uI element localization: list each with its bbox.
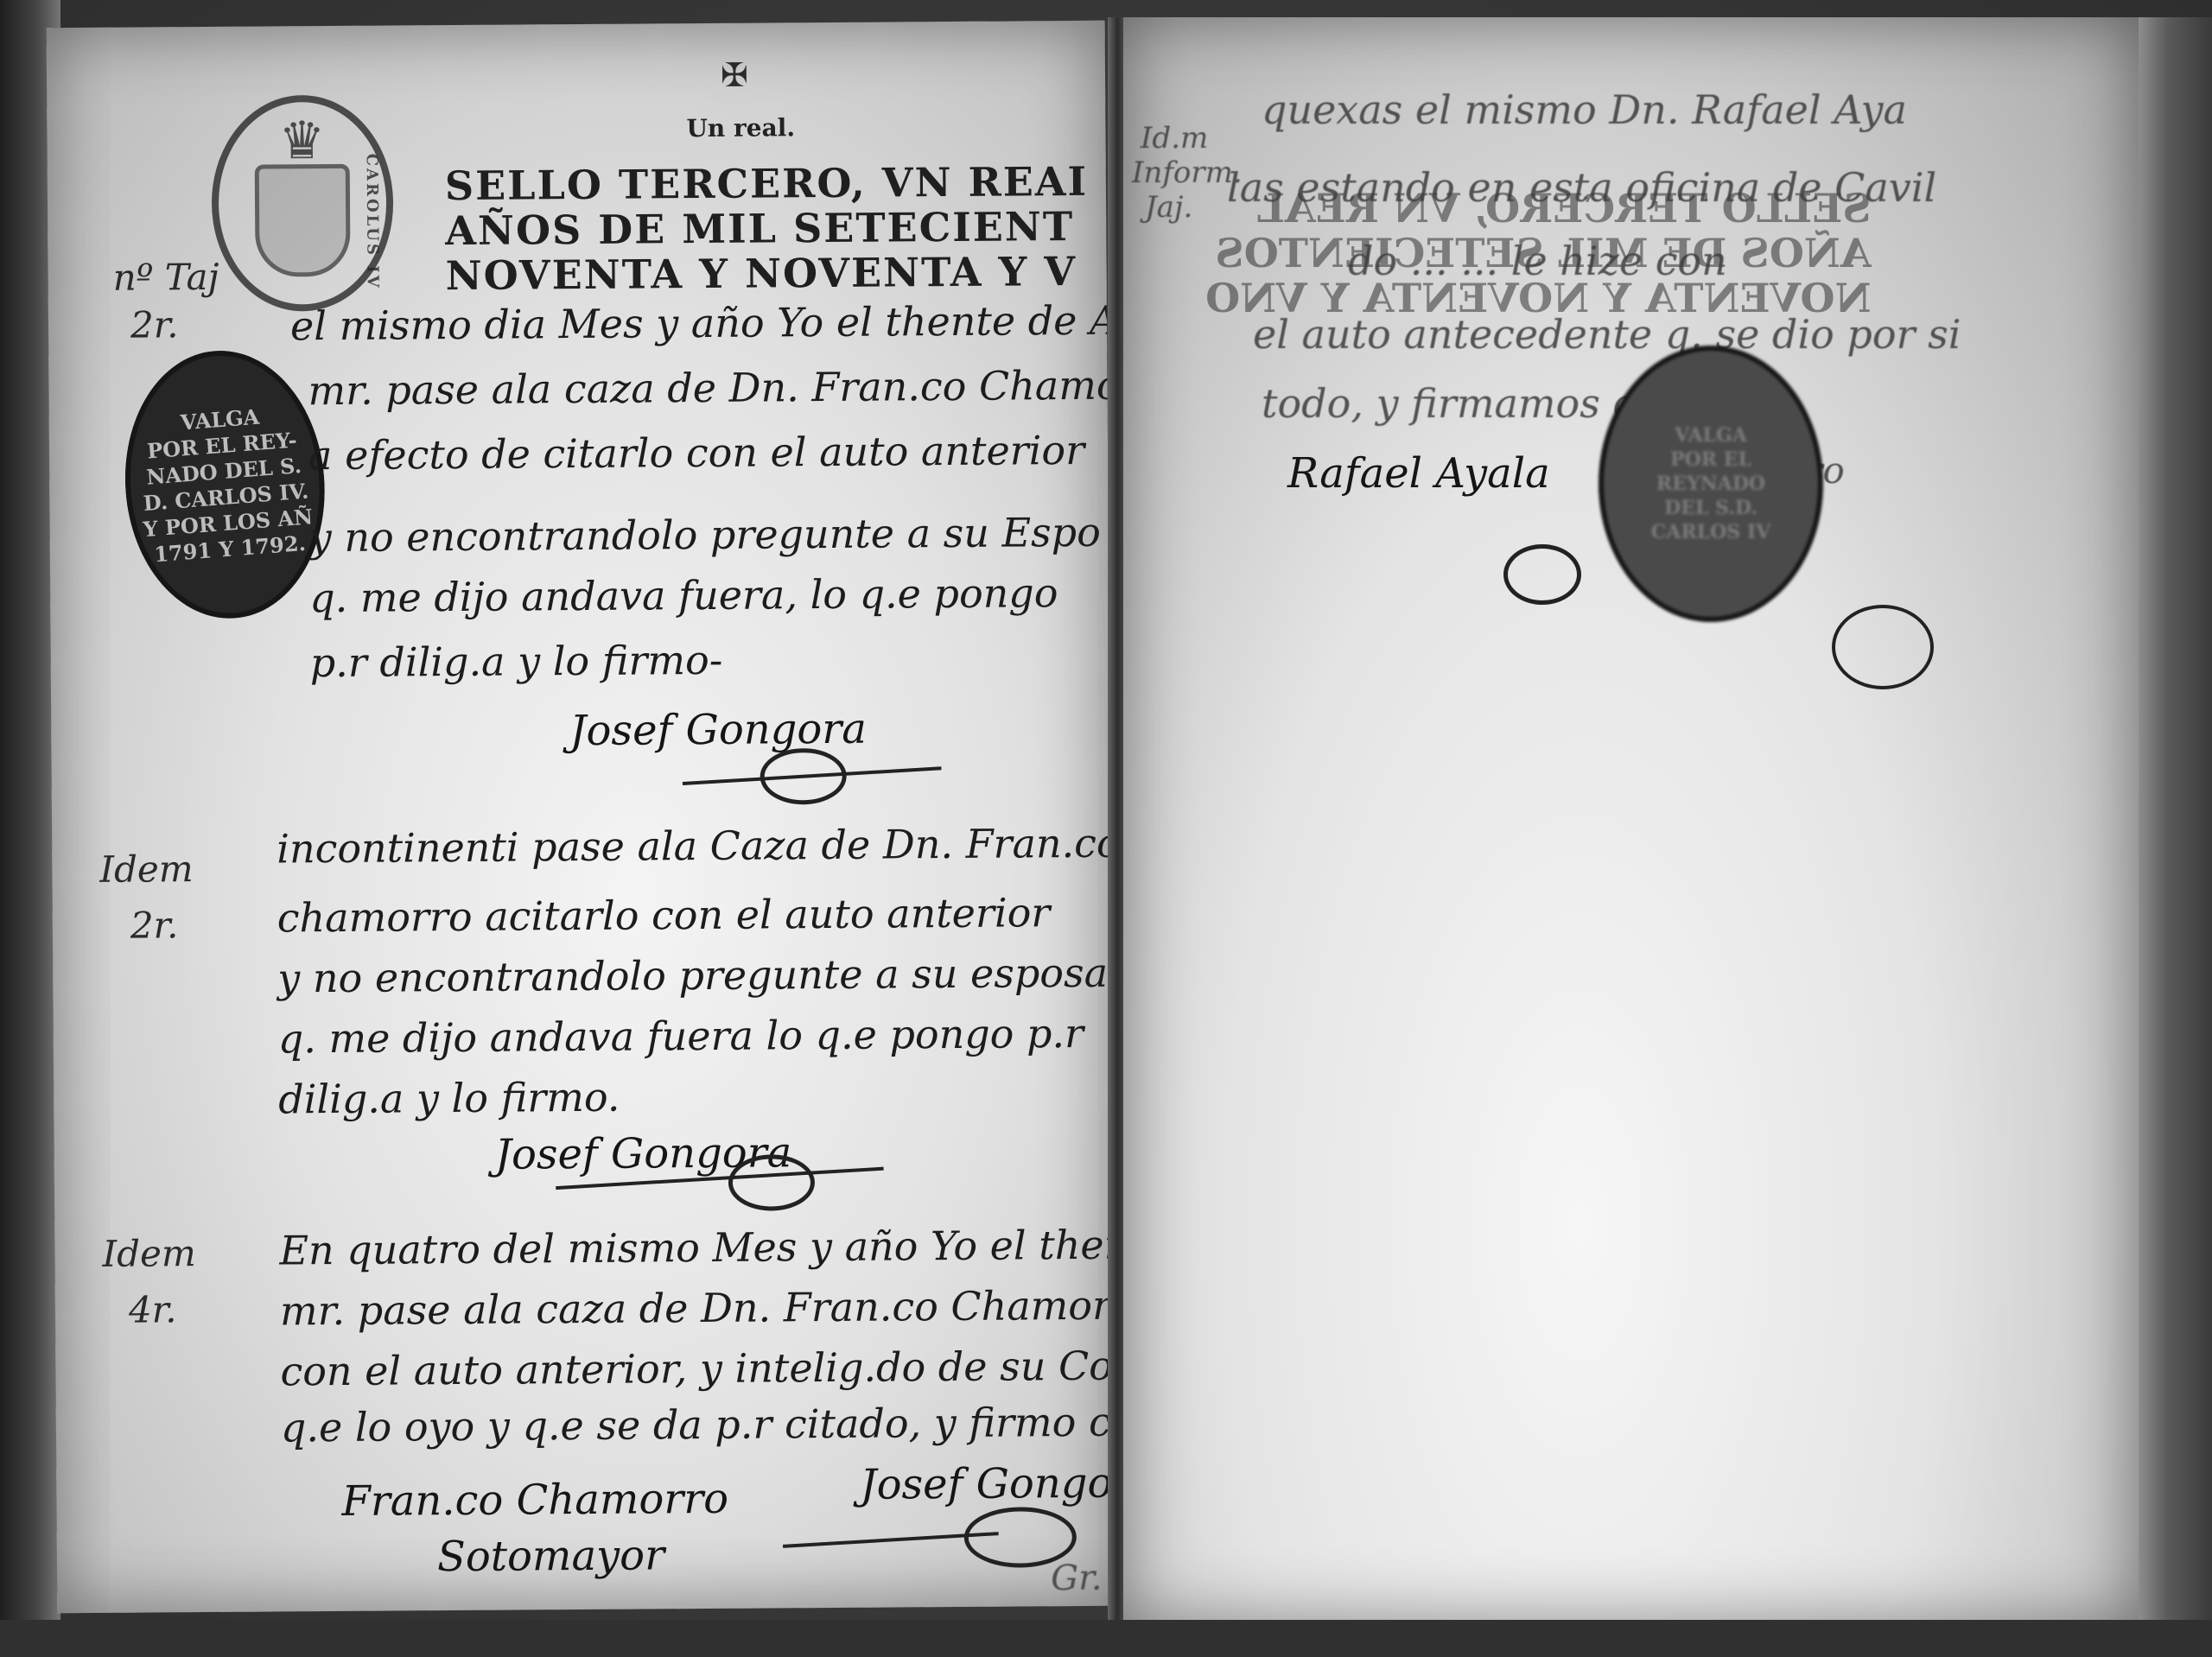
margin-note: 4r.	[129, 1288, 177, 1330]
scan-bottom-border	[0, 1620, 2212, 1657]
signature: Josef Gongora	[860, 1458, 1116, 1508]
signature: Sotomayor	[437, 1531, 664, 1581]
margin-note: Jaj.	[1145, 190, 1192, 225]
right-page: 19 SELLO TERCERO, VN REAL AÑOS DE MIL SE…	[1123, 17, 2139, 1624]
margin-note: nº Taj	[112, 256, 219, 299]
rubric-flourish	[1503, 544, 1581, 605]
header-line: AÑOS DE MIL SETECIENT	[445, 204, 1050, 253]
header-line: SELLO TERCERO, VN REAI	[445, 159, 1050, 208]
stamp-denomination: Un real.	[686, 113, 795, 143]
text-line: En quatro del mismo Mes y año Yo el then…	[279, 1220, 1116, 1273]
text-line: do ... ... le hize con	[1348, 238, 1727, 284]
margin-note: Inform.	[1132, 156, 1243, 190]
margin-note: Idem	[99, 848, 194, 891]
page-stack-edge	[2139, 17, 2212, 1641]
signature: Fran.co Chamorro	[341, 1475, 728, 1526]
stamped-paper-header: SELLO TERCERO, VN REAI AÑOS DE MIL SETEC…	[445, 159, 1051, 298]
text-line: q. me dijo andava fuera lo q.e pongo p.r	[278, 1010, 1084, 1063]
margin-note: 2r.	[130, 904, 179, 946]
rubric-flourish	[1832, 605, 1934, 689]
shield-icon	[255, 164, 351, 277]
stamp-line: DEL S.D.	[1599, 496, 1823, 520]
corner-note: Gr.	[1051, 1559, 1103, 1598]
text-line: mr. pase ala caza de Dn. Fran.co Chamorr…	[308, 361, 1116, 414]
text-line: y no encontrandolo pregunte a su Espo	[309, 509, 1101, 561]
crown-icon: ♛	[278, 111, 325, 171]
text-line: q.e lo oyo y q.e se da p.r citado, y fir…	[281, 1397, 1116, 1451]
margin-note: Idem	[102, 1232, 196, 1275]
cross-icon: ✠	[721, 56, 748, 94]
margin-note: Id.m	[1141, 121, 1208, 156]
margin-note: 2r.	[130, 303, 179, 346]
stamp-line: REYNADO	[1599, 472, 1823, 496]
text-line: incontinenti pase ala Caza de Dn. Fran.c…	[276, 820, 1116, 873]
signature: Josef Gongora	[569, 705, 867, 755]
text-line: el auto antecedente q. se dio por si	[1253, 311, 1961, 358]
text-line: con el auto anterior, y intelig.do de su…	[280, 1341, 1116, 1395]
rubric-flourish	[728, 1154, 815, 1211]
text-line: quexas el mismo Dn. Rafael Aya	[1262, 86, 1907, 133]
text-line: el mismo dia Mes y año Yo el thente de A…	[290, 296, 1116, 349]
header-line: NOVENTA Y NOVENTA Y V	[445, 249, 1050, 298]
validation-stamp: VALGA POR EL REY- NADO DEL S. D. CARLOS …	[116, 344, 334, 626]
stamp-line: VALGA	[1599, 423, 1823, 448]
text-line: p.r dilig.a y lo firmo-	[310, 637, 723, 686]
text-line: dilig.a y lo firmo.	[278, 1074, 620, 1123]
left-page: ✠ Un real. SELLO TERCERO, VN REAI AÑOS D…	[47, 21, 1116, 1614]
text-line: chamorro acitarlo con el auto anterior	[277, 889, 1051, 941]
text-line: q. me dijo andava fuera, lo q.e pongo	[309, 569, 1058, 621]
royal-crest-seal: ♛ CAROLUS IV	[211, 95, 394, 312]
text-line: mr. pase ala caza de Dn. Fran.co Chamorr…	[280, 1280, 1116, 1334]
text-line: a efecto de citarlo con el auto anterior	[308, 427, 1084, 479]
seal-arc-text: CAROLUS IV	[363, 154, 382, 290]
signature: Rafael Ayala	[1287, 449, 1550, 498]
validation-stamp-faded: VALGA POR EL REYNADO DEL S.D. CARLOS IV	[1599, 346, 1823, 622]
text-line: y no encontrandolo pregunte a su esposa	[277, 949, 1108, 1002]
stamp-line: POR EL	[1599, 448, 1823, 472]
text-line: las estando en esta oficina de Cavil	[1227, 164, 1936, 211]
stamp-line: CARLOS IV	[1599, 520, 1823, 544]
